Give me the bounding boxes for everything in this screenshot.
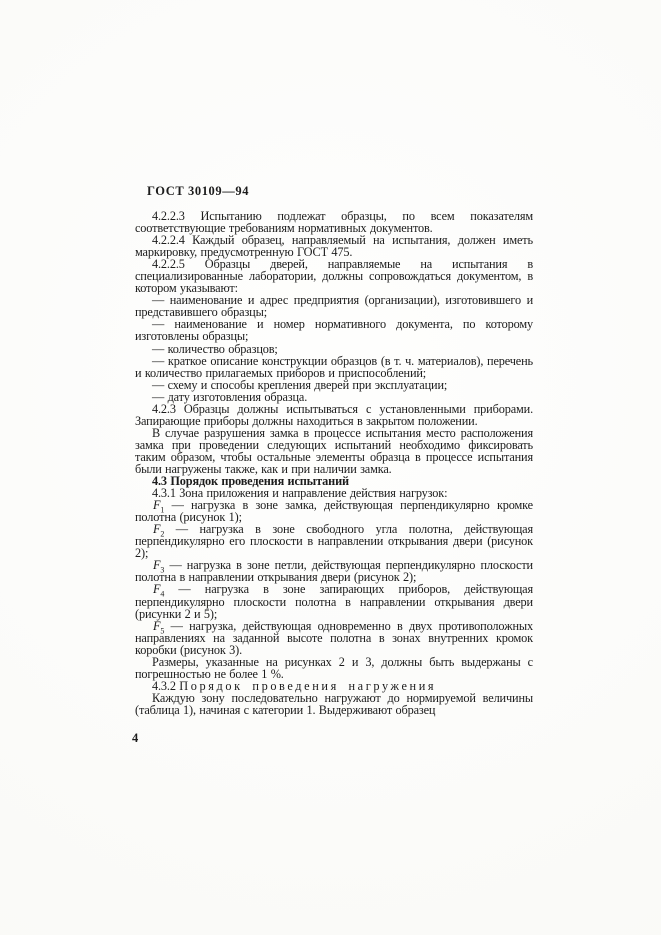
- text-block: ГОСТ 30109—94 4.2.2.3 Испытанию подлежат…: [135, 184, 533, 716]
- clause-4-2-2-4: 4.2.2.4 Каждый образец, направляемый на …: [135, 234, 533, 258]
- load-item-f1: F1 — нагрузка в зоне замка, действующая …: [135, 499, 533, 523]
- lock-failure-note: В случае разрушения замка в процессе исп…: [135, 427, 533, 475]
- clause-4-2-3: 4.2.3 Образцы должны испытываться с уста…: [135, 403, 533, 427]
- sizes-tolerance-note: Размеры, указанные на рисунках 2 и 3, до…: [135, 656, 533, 680]
- load-description: — нагрузка в зоне замка, действующая пер…: [135, 498, 533, 524]
- load-description: — нагрузка в зоне запирающих приборов, д…: [135, 582, 533, 620]
- clause-4-2-2-3: 4.2.2.3 Испытанию подлежат образцы, по в…: [135, 210, 533, 234]
- page-number: 4: [132, 731, 138, 746]
- load-item-f3: F3 — нагрузка в зоне петли, действующая …: [135, 559, 533, 583]
- doc-requirement-item: — краткое описание конструкции образцов …: [135, 355, 533, 379]
- doc-requirement-item: — схему и способы крепления дверей при э…: [135, 379, 533, 391]
- doc-requirement-item: — количество образцов;: [135, 343, 533, 355]
- load-item-f5: F5 — нагрузка, действующая одновременно …: [135, 620, 533, 656]
- doc-requirement-item: — дату изготовления образца.: [135, 391, 533, 403]
- load-item-f2: F2 — нагрузка в зоне свободного угла пол…: [135, 523, 533, 559]
- load-description: — нагрузка в зоне свободного угла полотн…: [135, 522, 533, 560]
- document-code-header: ГОСТ 30109—94: [147, 184, 533, 199]
- doc-requirement-item: — наименование и номер нормативного доку…: [135, 318, 533, 342]
- load-description: — нагрузка в зоне петли, действующая пер…: [135, 558, 533, 584]
- load-description: — нагрузка, действующая одновременно в д…: [135, 619, 533, 657]
- load-item-f4: F4 — нагрузка в зоне запирающих приборов…: [135, 583, 533, 619]
- loading-procedure-paragraph: Каждую зону последовательно нагружают до…: [135, 692, 533, 716]
- doc-requirement-item: — наименование и адрес предприятия (орга…: [135, 294, 533, 318]
- scanned-document-page: ГОСТ 30109—94 4.2.2.3 Испытанию подлежат…: [0, 0, 661, 935]
- clause-4-2-2-5: 4.2.2.5 Образцы дверей, направляемые на …: [135, 258, 533, 294]
